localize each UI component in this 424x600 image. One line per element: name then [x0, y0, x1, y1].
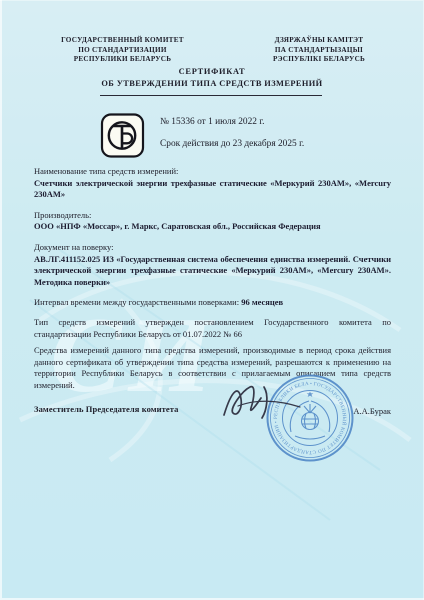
instrument-name-label: Наименование типа средств измерений: — [34, 166, 391, 178]
issuer-name-russian: ГОСУДАРСТВЕННЫЙ КОМИТЕТ ПО СТАНДАРТИЗАЦИ… — [30, 36, 215, 65]
certificate-body: Наименование типа средств измерений: Сче… — [34, 166, 391, 392]
manufacturer-label: Производитель: — [34, 210, 391, 222]
handwritten-signature — [220, 377, 305, 427]
interval-value: 96 месяцев — [241, 297, 283, 307]
title-underline — [100, 95, 322, 96]
stb-conformity-mark-icon — [100, 112, 145, 159]
instrument-name-value: Счетчики электрической энергии трехфазны… — [34, 178, 391, 201]
approval-paragraph: Тип средств измерений утвержден постанов… — [34, 317, 391, 340]
certificate-page: СИ ГОСУДАРСТВЕННЫЙ КОМИТЕТ ПО СТАНДАРТИЗ… — [0, 0, 424, 600]
header: ГОСУДАРСТВЕННЫЙ КОМИТЕТ ПО СТАНДАРТИЗАЦИ… — [30, 36, 394, 65]
certificate-identity: № 15336 от 1 июля 2022 г. Срок действия … — [160, 116, 304, 150]
certificate-number: № 15336 от 1 июля 2022 г. — [160, 116, 304, 128]
certificate-validity: Срок действия до 23 декабря 2025 г. — [160, 138, 304, 150]
title-line-1: СЕРТИФИКАТ — [0, 66, 424, 78]
issuer-ru-line: ГОСУДАРСТВЕННЫЙ КОМИТЕТ — [30, 36, 215, 46]
section-verification-interval: Интервал времени между государственными … — [34, 297, 391, 309]
section-manufacturer: Производитель: ООО «НПФ «Моссар», г. Мар… — [34, 210, 391, 233]
issuer-by-line: ПА СТАНДАРТЫЗАЦЫІ — [244, 46, 394, 56]
issuer-name-belarusian: ДЗЯРЖАЎНЫ КАМІТЭТ ПА СТАНДАРТЫЗАЦЫІ РЭСП… — [244, 36, 394, 65]
document-title: СЕРТИФИКАТ ОБ УТВЕРЖДЕНИИ ТИПА СРЕДСТВ И… — [0, 66, 424, 90]
section-verification-document: Документ на поверку: АВ.ЛГ.411152.025 ИЗ… — [34, 242, 391, 288]
verification-doc-label: Документ на поверку: — [34, 242, 391, 254]
issuer-ru-line: ПО СТАНДАРТИЗАЦИИ — [30, 46, 215, 56]
issuer-by-line: ДЗЯРЖАЎНЫ КАМІТЭТ — [244, 36, 394, 46]
title-line-2: ОБ УТВЕРЖДЕНИИ ТИПА СРЕДСТВ ИЗМЕРЕНИЙ — [0, 78, 424, 90]
interval-label: Интервал времени между государственными … — [34, 297, 239, 307]
manufacturer-value: ООО «НПФ «Моссар», г. Маркс, Саратовская… — [34, 221, 391, 233]
signer-position-title: Заместитель Председателя комитета — [34, 404, 179, 414]
issuer-by-line: РЭСПУБЛІКІ БЕЛАРУСЬ — [244, 55, 394, 65]
signer-name: А.А.Бурак — [353, 406, 391, 416]
verification-doc-value: АВ.ЛГ.411152.025 ИЗ «Государственная сис… — [34, 254, 391, 289]
section-instrument-name: Наименование типа средств измерений: Сче… — [34, 166, 391, 201]
issuer-ru-line: РЕСПУБЛИКИ БЕЛАРУСЬ — [30, 55, 215, 65]
